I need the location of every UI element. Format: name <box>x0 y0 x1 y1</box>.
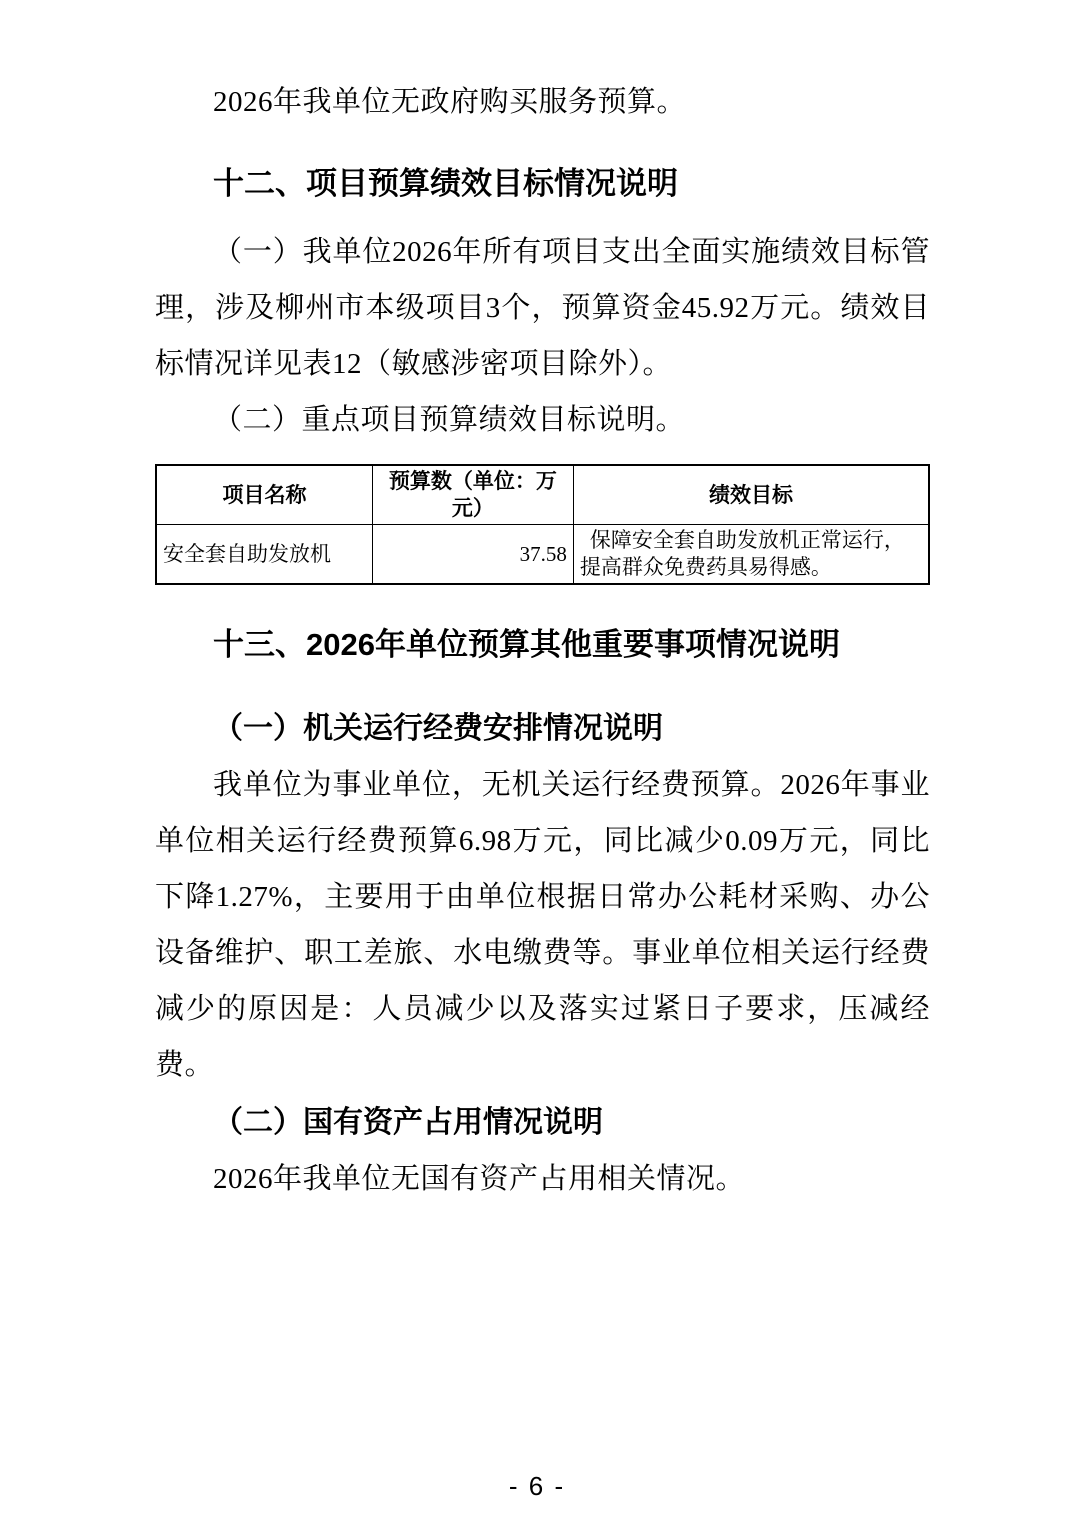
page-number: - 6 - <box>0 1471 1074 1502</box>
table-cell-budget: 37.58 <box>372 525 573 585</box>
section-13-heading: 十三、2026年单位预算其他重要事项情况说明 <box>155 627 930 663</box>
section-12-paragraph-1: （一）我单位2026年所有项目支出全面实施绩效目标管理，涉及柳州市本级项目3个，… <box>155 224 930 392</box>
table-row: 安全套自助发放机 37.58 保障安全套自助发放机正常运行，提高群众免费药具易得… <box>156 525 929 585</box>
section-12-paragraph-2: （二）重点项目预算绩效目标说明。 <box>155 392 930 448</box>
document-page: 2026年我单位无政府购买服务预算。 十二、项目预算绩效目标情况说明 （一）我单… <box>0 0 1074 1520</box>
section-13-sub-1-heading: （一）机关运行经费安排情况说明 <box>155 711 930 747</box>
table-header-performance-target: 绩效目标 <box>573 465 929 525</box>
table-header-row: 项目名称 预算数（单位：万元） 绩效目标 <box>156 465 929 525</box>
table-cell-project-name: 安全套自助发放机 <box>156 525 372 585</box>
section-13-sub-1-paragraph: 我单位为事业单位，无机关运行经费预算。2026年事业单位相关运行经费预算6.98… <box>155 757 930 1093</box>
performance-target-table: 项目名称 预算数（单位：万元） 绩效目标 安全套自助发放机 37.58 保障安全… <box>155 464 930 585</box>
section-13-sub-2-paragraph: 2026年我单位无国有资产占用相关情况。 <box>155 1151 930 1207</box>
table-cell-performance-target: 保障安全套自助发放机正常运行，提高群众免费药具易得感。 <box>573 525 929 585</box>
section-12-heading: 十二、项目预算绩效目标情况说明 <box>155 166 930 202</box>
table-header-project-name: 项目名称 <box>156 465 372 525</box>
intro-paragraph: 2026年我单位无政府购买服务预算。 <box>155 74 930 130</box>
section-13-sub-2-heading: （二）国有资产占用情况说明 <box>155 1105 930 1141</box>
table-header-budget: 预算数（单位：万元） <box>372 465 573 525</box>
